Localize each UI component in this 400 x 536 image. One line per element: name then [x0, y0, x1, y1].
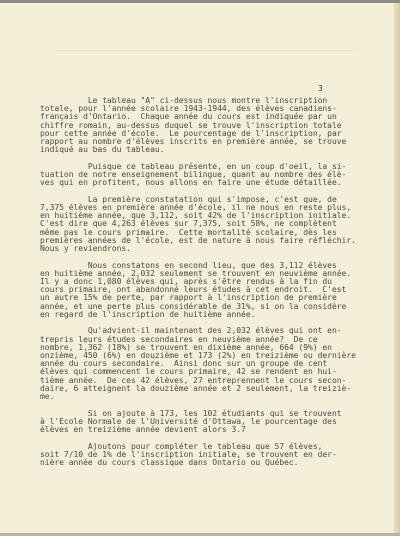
page-edge [394, 3, 400, 533]
text-line: en regard de l'inscription de huitième a… [40, 311, 370, 319]
paragraph: Puisque ce tableau présente, en un coup … [40, 163, 370, 188]
text-line: élèves en treizième année devient alors … [40, 426, 370, 434]
bleed-through-shadow [55, 50, 355, 51]
paragraph: Nous constatons en second lieu, que des … [40, 262, 370, 319]
text-line: me. [40, 393, 370, 401]
body-text: Le tableau "A" ci-dessus nous montre l'i… [40, 97, 370, 476]
paragraph: La première constatation qui s'impose, c… [40, 196, 370, 253]
text-line: indiqué au bas du tableau. [40, 146, 370, 154]
paragraph: Le tableau "A" ci-dessus nous montre l'i… [40, 97, 370, 154]
text-line: nière année du cours classique dans Onta… [40, 459, 370, 467]
text-line: daire, 6 atteignent la douzième année et… [40, 385, 370, 393]
paragraph: Qu'advient-il maintenant des 2,032 élève… [40, 327, 370, 401]
paragraph: Ajoutons pour compléter le tableau que 5… [40, 443, 370, 468]
text-line: ves qui en profitent, nous allons en fai… [40, 179, 370, 187]
paragraph: Si on ajoute à 173, les 102 étudiants qu… [40, 410, 370, 435]
text-line: Nous y reviendrons. [40, 245, 370, 253]
page-number: 3 [318, 84, 323, 93]
